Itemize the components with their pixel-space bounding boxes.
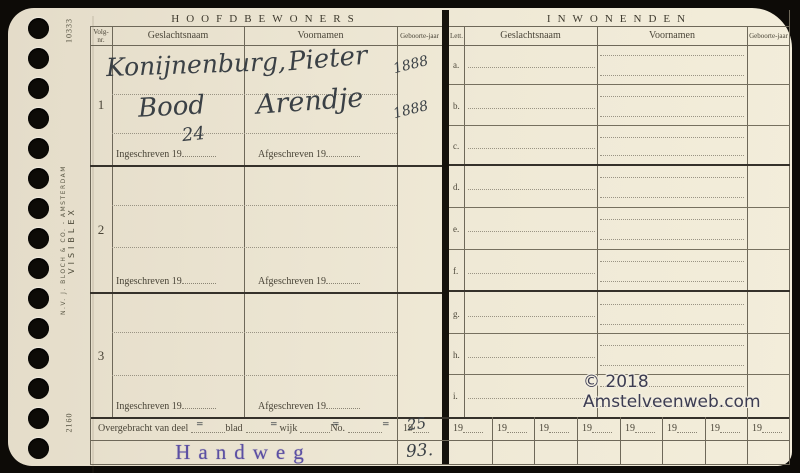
afgeschreven-label: Afgeschreven 19 (258, 275, 360, 287)
dotted-line (468, 108, 595, 109)
dotted-line (112, 375, 397, 376)
year-prefix: 19 (710, 423, 720, 434)
register-card-scan: 10333 N.V. J. BLOCH & CO. - AMSTERDAM VI… (0, 0, 800, 473)
dotted-line (600, 304, 744, 305)
year-cell: 19 (493, 417, 534, 440)
dotted-line (468, 273, 595, 274)
dotted-line (468, 189, 595, 190)
dotted-line (468, 148, 595, 149)
printer-imprint: N.V. J. BLOCH & CO. - AMSTERDAM VISIBLEX (60, 140, 84, 340)
col-header-geboortejaar-right: Geboorte-jaar (747, 27, 790, 45)
section-title-hoofdbewoners: HOOFDBEWONERS (90, 10, 442, 26)
dotted-leader (326, 400, 360, 409)
year-prefix: 19 (667, 423, 677, 434)
col-header-lett: Lett. (449, 27, 464, 45)
year-cell: 19 (663, 417, 705, 440)
punch-hole (28, 108, 49, 129)
afgeschreven-text: Afgeschreven 19 (258, 401, 326, 412)
letter-label: c. (453, 141, 459, 151)
dotted-leader (348, 424, 382, 433)
punch-hole (28, 78, 49, 99)
dotted-line (468, 357, 595, 358)
dotted-line (600, 197, 744, 198)
handwritten-house-number: 93. (405, 440, 433, 462)
dotted-line (468, 316, 595, 317)
col-header-geboortejaar-left: Geboorte-jaar (397, 27, 442, 45)
punch-hole (28, 318, 49, 339)
col-header-geslachtsnaam-left: Geslachtsnaam (112, 27, 244, 45)
row-number: 1 (90, 97, 112, 113)
handwritten-surname-2: Bood (137, 90, 206, 123)
dotted-leader (762, 424, 782, 433)
handwritten-dash: = (270, 420, 278, 430)
inwonenden-row-h: h. (449, 335, 790, 375)
afgeschreven-label: Afgeschreven 19 (258, 400, 360, 412)
dotted-line (600, 177, 744, 178)
dotted-line (112, 332, 397, 333)
grid-line (90, 26, 442, 27)
year-cell: 19 (449, 417, 492, 440)
dotted-line (600, 219, 744, 220)
col-header-voornamen-left: Voornamen (244, 27, 397, 45)
ingeschreven-text: Ingeschreven 19 (116, 149, 182, 160)
inwonenden-row-a: a. (449, 45, 790, 85)
row-number: 3 (90, 348, 112, 364)
punch-hole (28, 138, 49, 159)
dotted-leader (592, 424, 612, 433)
punch-hole (28, 18, 49, 39)
punch-hole (28, 258, 49, 279)
ingeschreven-text: Ingeschreven 19 (116, 276, 182, 287)
dotted-line (468, 231, 595, 232)
dotted-leader (182, 148, 216, 157)
inwonenden-row-g: g. (449, 294, 790, 334)
dotted-line (600, 239, 744, 240)
year-prefix: 19 (453, 423, 463, 434)
transfer-row: Overgebracht van deel blad wijk No. (90, 417, 397, 440)
dotted-leader (300, 424, 330, 433)
year-cell: 19 (578, 417, 620, 440)
section-divider (442, 10, 449, 465)
year-prefix: 19 (625, 423, 635, 434)
grid-line (449, 26, 790, 27)
ingeschreven-text: Ingeschreven 19 (116, 401, 182, 412)
letter-label: h. (453, 350, 460, 360)
inwonenden-row-d: d. (449, 167, 790, 208)
punch-hole (28, 378, 49, 399)
year-prefix: 19 (582, 423, 592, 434)
handwritten-ingeschreven-year: 24 (181, 123, 206, 146)
dotted-leader (677, 424, 697, 433)
serial-number-top: 10333 (65, 4, 74, 58)
punch-hole (28, 168, 49, 189)
inwonenden-row-f: f. (449, 251, 790, 292)
inwonenden-row-c: c. (449, 127, 790, 166)
dotted-leader (182, 400, 216, 409)
ingeschreven-label: Ingeschreven 19 (116, 275, 216, 287)
street-row: Handweg (90, 440, 397, 464)
letter-label: a. (453, 60, 459, 70)
street-name-stamp: Handweg (175, 440, 311, 465)
hoofdbewoners-row-2: 2 Ingeschreven 19 Afgeschreven 19 (90, 167, 442, 294)
punch-hole (28, 48, 49, 69)
dotted-line (600, 281, 744, 282)
dotted-leader (182, 275, 216, 284)
dotted-leader (549, 424, 569, 433)
handwritten-dash: = (196, 420, 204, 430)
year-cell: 19 (621, 417, 662, 440)
dotted-leader (326, 275, 360, 284)
ingeschreven-label: Ingeschreven 19 (116, 148, 216, 160)
transfer-deel-label: Overgebracht van deel (98, 423, 188, 434)
dotted-line (600, 75, 744, 76)
letter-label: i. (453, 391, 458, 401)
printer-name: VISIBLEX (67, 140, 76, 340)
punch-hole (28, 408, 49, 429)
dotted-line (112, 205, 397, 206)
letter-label: e. (453, 224, 459, 234)
year-prefix: 19 (752, 423, 762, 434)
year-cell: 19 (748, 417, 790, 440)
punch-hole (28, 438, 49, 459)
dotted-line (600, 137, 744, 138)
dotted-line (600, 345, 744, 346)
dotted-line (468, 67, 595, 68)
col-header-voornamen-right: Voornamen (597, 27, 747, 45)
section-title-inwonenden: INWONENDEN (449, 10, 790, 26)
year-cell: 19 (706, 417, 747, 440)
dotted-line (468, 398, 595, 399)
dotted-line (112, 247, 397, 248)
letter-label: f. (453, 266, 458, 276)
year-prefix: 19 (539, 423, 549, 434)
year-prefix: 19 (497, 423, 507, 434)
transfer-blad-label: blad (225, 423, 242, 434)
serial-number-bottom: 2160 (65, 396, 74, 450)
inwonenden-row-e: e. (449, 209, 790, 250)
inwonenden-row-b: b. (449, 86, 790, 126)
letter-label: g. (453, 309, 460, 319)
dotted-line (600, 55, 744, 56)
afgeschreven-label: Afgeschreven 19 (258, 148, 360, 160)
afgeschreven-text: Afgeschreven 19 (258, 276, 326, 287)
punch-hole (28, 198, 49, 219)
col-header-volgnr: Volg-nr. (90, 27, 112, 45)
punch-hole (28, 288, 49, 309)
col-header-geslachtsnaam-right: Geslachtsnaam (464, 27, 597, 45)
handwritten-transfer-year: 25 (406, 414, 427, 434)
letter-label: d. (453, 182, 460, 192)
hoofdbewoners-row-3: 3 Ingeschreven 19 Afgeschreven 19 (90, 294, 442, 417)
row-number: 2 (90, 222, 112, 238)
dotted-line (600, 116, 744, 117)
dotted-line (600, 261, 744, 262)
copyright-watermark: © 2018 Amstelveenweb.com (583, 372, 800, 412)
dotted-leader (326, 148, 360, 157)
ingeschreven-label: Ingeschreven 19 (116, 400, 216, 412)
dotted-line (112, 133, 397, 134)
handwritten-dash: = (382, 420, 390, 430)
dotted-line (600, 155, 744, 156)
dotted-line (600, 324, 744, 325)
dotted-leader (463, 424, 483, 433)
afgeschreven-text: Afgeschreven 19 (258, 149, 326, 160)
transfer-wijk-label: wijk (280, 423, 298, 434)
punch-hole (28, 228, 49, 249)
dotted-leader (720, 424, 740, 433)
printer-address: N.V. J. BLOCH & CO. - AMSTERDAM (60, 140, 67, 340)
dotted-line (600, 96, 744, 97)
dotted-leader (507, 424, 527, 433)
handwritten-dash: = (332, 420, 340, 430)
dotted-leader (635, 424, 655, 433)
dotted-line (600, 365, 744, 366)
year-cell: 19 (535, 417, 577, 440)
punch-hole (28, 348, 49, 369)
letter-label: b. (453, 101, 460, 111)
